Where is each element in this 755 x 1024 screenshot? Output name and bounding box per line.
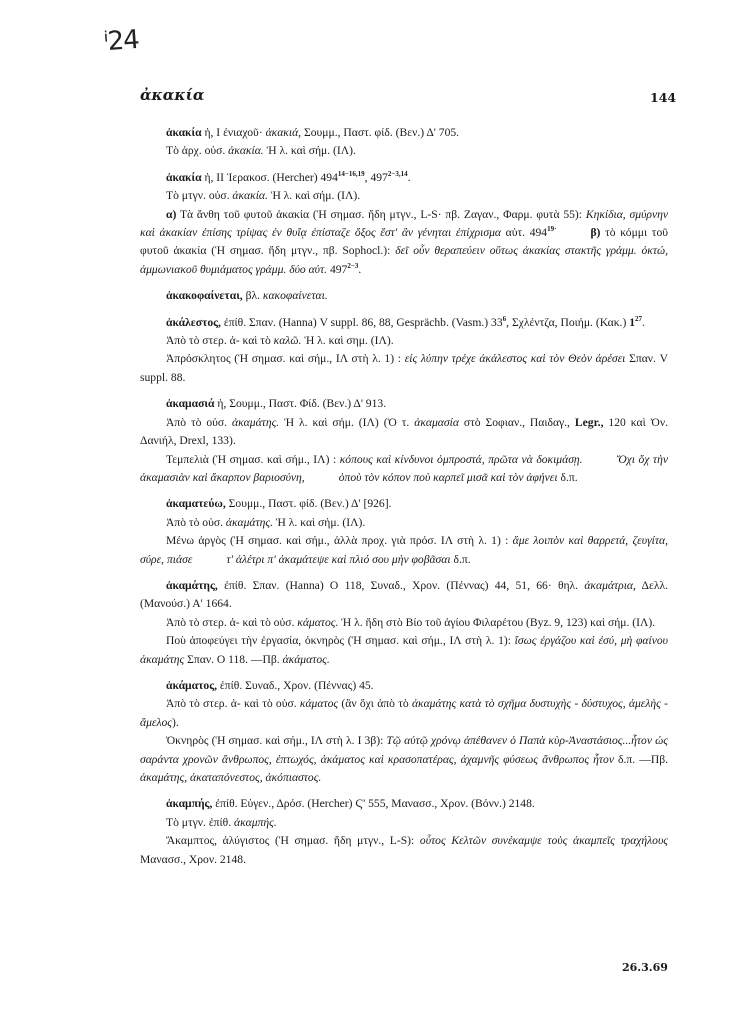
entry-akampis-sense: Ἄκαμπτος, ἀλύγιστος (Ἡ σημασ. ἤδη μτγν.,… <box>140 832 668 869</box>
lemma: ἀκαμπής, <box>166 797 212 810</box>
entry-akamasia-etymology: Ἀπὸ τὸ οὐσ. ἀκαμάτης. Ἡ λ. καὶ σήμ. (ΙΛ)… <box>140 414 668 451</box>
entry-akakia-1-head: ἀκακία ἡ, I ἐνιαχοῦ· ἀκακιά, Σουμμ., Πασ… <box>140 124 668 142</box>
quotation: εἰς λύπην τρέχε ἀκάλεστος καὶ τὸν Θεὸν ἀ… <box>405 352 626 365</box>
entry-akamasia-sense: Τεμπελιὰ (Ἡ σημασ. καὶ σήμ., ΙΛ) : κόπου… <box>140 451 668 488</box>
entry-akampis-etymology: Τὸ μτγν. ἐπίθ. ἀκαμπής. <box>140 814 668 832</box>
entry-akalestos-head: ἀκάλεστος, ἐπίθ. Σπαν. (Hanna) V suppl. … <box>140 314 668 332</box>
lemma: ἀκακία <box>166 171 202 184</box>
entry-akamateuo-etymology: Ἀπὸ τὸ οὐσ. ἀκαμάτης. Ἡ λ. καὶ σήμ. (ΙΛ)… <box>140 514 668 532</box>
lemma: ἀκαματεύω, <box>166 497 226 510</box>
lemma: ἀκάματος, <box>166 679 217 692</box>
quotation: ὁποὺ τὸν κόπον ποὺ καρπεῖ μισᾶ καὶ τὸν ἀ… <box>339 471 558 484</box>
entry-akakia-2-etymology: Τὸ μτγν. οὐσ. ἀκακία. Ἡ λ. καὶ σήμ. (ΙΛ)… <box>140 187 668 205</box>
entry-akamateuo-head: ἀκαματεύω, Σουμμ., Παστ. φίδ. (Βεν.) Δ' … <box>140 495 668 513</box>
entry-akakia-2-head: ἀκακία ἡ, II Ἱερακοσ. (Hercher) 49414−16… <box>140 169 668 187</box>
entry-akampis-head: ἀκαμπής, ἐπίθ. Εὐγεν., Δρόσ. (Hercher) Ϛ… <box>140 795 668 813</box>
lemma: ἀκακοφαίνεται, <box>166 289 243 302</box>
lemma: ἀκακία <box>166 126 202 139</box>
cross-reference: ἀκαμάτης, ἀκαταπόνεστος, ἀκόπιαστος. <box>140 771 321 784</box>
entry-akamateuo-sense: Μένω ἀργὸς (Ἡ σημασ. καὶ σήμ., ἀλλὰ προχ… <box>140 532 668 569</box>
lemma: ἀκαμάτης, <box>166 579 218 592</box>
entry-akamatis-head: ἀκαμάτης, ἐπίθ. Σπαν. (Hanna) O 118, Συν… <box>140 577 668 614</box>
entry-akamatis-sense: Ποὺ ἀποφεύγει τὴν ἐργασία, ὀκνηρὸς (Ἡ ση… <box>140 632 668 669</box>
dictionary-body: ἀκακία ἡ, I ἐνιαχοῦ· ἀκακιά, Σουμμ., Πασ… <box>140 124 668 869</box>
date-stamp: 26.3.69 <box>622 961 668 974</box>
sense-label: β) <box>590 226 600 239</box>
entry-akakofainetai: ἀκακοφαίνεται, βλ. κακοφαίνεται. <box>140 287 668 305</box>
entry-akakia-2-senses: α) Τὰ ἄνθη τοῦ φυτοῦ ἀκακία (Ἡ σημασ. ἤδ… <box>140 206 668 280</box>
cross-reference: ἀκάματος. <box>283 653 330 666</box>
entry-akamatos-head: ἀκάματος, ἐπίθ. Συναδ., Χρον. (Πέννας) 4… <box>140 677 668 695</box>
running-head: ἀκακία <box>140 86 204 104</box>
entry-akamatis-etymology: Ἀπὸ τὸ στερ. ἀ- καὶ τὸ οὐσ. κάματος. Ἡ λ… <box>140 614 668 632</box>
lemma: ἀκάλεστος, <box>166 316 221 329</box>
quotation: τ' ἀλέτρι π' ἀκαμάτεψε καὶ πλιό σου μὴν … <box>226 553 450 566</box>
lemma: ἀκαμασιά <box>166 397 214 410</box>
entry-akalestos-sense: Ἀπρόσκλητος (Ἡ σημασ. καὶ σήμ., ΙΛ στὴ λ… <box>140 350 668 387</box>
dictionary-page: ⁱ24 ἀκακία 144 ἀκακία ἡ, I ἐνιαχοῦ· ἀκακ… <box>0 0 755 1024</box>
page-number: 144 <box>650 90 676 105</box>
entry-akamatos-etymology: Ἀπὸ τὸ στερ. ἀ- καὶ τὸ οὐσ. κάματος (ἂν … <box>140 695 668 732</box>
quotation: κόπους καὶ κίνδυνοι ὀμπροστά, πρῶτα νὰ δ… <box>340 453 583 466</box>
entry-akamatos-sense: Ὀκνηρὸς (Ἡ σημασ. καὶ σήμ., ΙΛ στὴ λ. I … <box>140 732 668 787</box>
quotation: οὗτος Κελτῶν συνέκαμψε τοὺς ἀκαμπεῖς τρα… <box>420 834 668 847</box>
entry-akalestos-etymology: Ἀπὸ τὸ στερ. ἀ- καὶ τὸ καλῶ. Ἡ λ. καὶ ση… <box>140 332 668 350</box>
sense-label: α) <box>166 208 176 221</box>
entry-akakia-1-etymology: Τὸ ἀρχ. οὐσ. ἀκακία. Ἡ λ. καὶ σήμ. (ΙΛ). <box>140 142 668 160</box>
entry-akamasia-head: ἀκαμασιά ἡ, Σουμμ., Παστ. Φίδ. (Βεν.) Δ'… <box>140 395 668 413</box>
handwritten-note: ⁱ24 <box>103 25 140 57</box>
